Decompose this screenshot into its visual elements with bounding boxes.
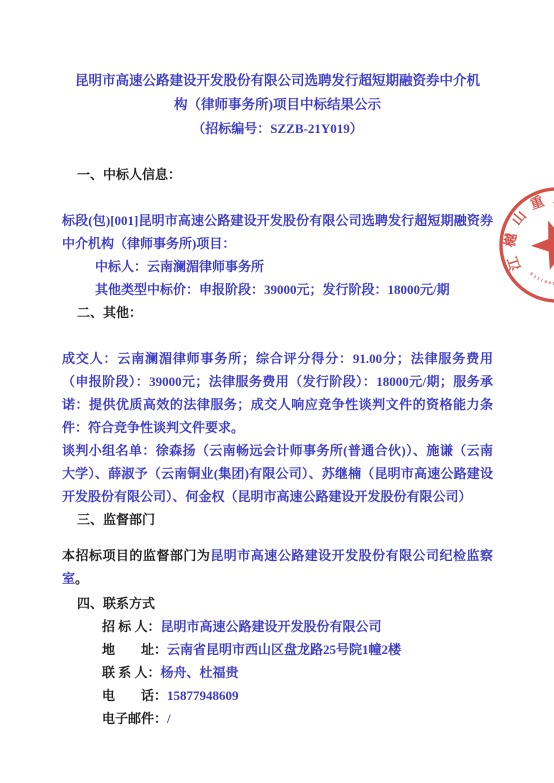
supervision-prefix: 本招标项目的监督部门为 xyxy=(62,548,210,563)
document-title: 昆明市高速公路建设开发股份有限公司选聘发行超短期融资券中介机构（律师事务所)项目… xyxy=(70,69,485,117)
section-heading-contact: 四、联系方式 xyxy=(62,592,493,615)
contact-label: 联 系 人： xyxy=(102,665,161,680)
section-heading-winner-info: 一、中标人信息： xyxy=(62,163,493,186)
contact-value: 云南省昆明市西山区盘龙路25号院1幢2楼 xyxy=(167,642,401,657)
contact-row-phone: 电 话：15877948609 xyxy=(62,684,493,707)
package-paragraph: 标段(包)[001]昆明市高速公路建设开发股份有限公司选聘发行超短期融资券中介机… xyxy=(62,209,493,255)
section-heading-other: 二、其他： xyxy=(62,301,493,324)
bid-number-line: （招标编号：SZZB-21Y019） xyxy=(62,117,493,141)
contact-row-person: 联 系 人：杨舟、杜福贵 xyxy=(62,661,493,684)
price-line: 其他类型中标价：申报阶段：39000元；发行阶段：18000元/期 xyxy=(62,278,493,301)
contact-label: 招 标 人： xyxy=(102,619,161,634)
contact-value: 杨舟、杜福贵 xyxy=(161,665,239,680)
contact-label: 电 话： xyxy=(102,688,167,703)
document-page: 昆明市高速公路建设开发股份有限公司选聘发行超短期融资券中介机构（律师事务所)项目… xyxy=(0,0,554,783)
svg-text:江樾山重建设工程: 江樾山重建设工程 xyxy=(501,189,554,273)
contact-value: 昆明市高速公路建设开发股份有限公司 xyxy=(161,619,382,634)
seal-serial-number: 8311001 xyxy=(529,271,554,286)
supervision-suffix: 。 xyxy=(75,571,88,586)
contact-value: 15877948609 xyxy=(167,688,239,703)
contact-row-bidder: 招 标 人：昆明市高速公路建设开发股份有限公司 xyxy=(62,615,493,638)
deal-paragraph: 成交人：云南澜湄律师事务所；综合评分得分：91.00分；法律服务费用（申报阶段）… xyxy=(62,347,493,439)
panel-paragraph: 谈判小组名单：徐森扬（云南畅远会计师事务所(普通合伙)）、施谦（云南大学）、薛淑… xyxy=(62,439,493,508)
contact-row-address: 地 址：云南省昆明市西山区盘龙路25号院1幢2楼 xyxy=(62,638,493,661)
section-heading-supervision: 三、监督部门 xyxy=(62,508,493,531)
seal-star-icon xyxy=(525,212,554,273)
document-content: 昆明市高速公路建设开发股份有限公司选聘发行超短期融资券中介机构（律师事务所)项目… xyxy=(62,0,493,730)
svg-text:8311001: 8311001 xyxy=(529,271,554,286)
official-seal: 江樾山重建设工程 8311001 xyxy=(480,166,554,326)
contact-label: 地 址： xyxy=(102,642,167,657)
contact-row-email: 电子邮件：/ xyxy=(62,707,493,730)
contact-value: / xyxy=(167,711,171,726)
winner-line: 中标人：云南澜湄律师事务所 xyxy=(62,255,493,278)
seal-arc-text: 江樾山重建设工程 xyxy=(501,189,554,273)
supervision-paragraph: 本招标项目的监督部门为昆明市高速公路建设开发股份有限公司纪检监察室。 xyxy=(62,544,493,590)
contact-label: 电子邮件： xyxy=(102,711,167,726)
